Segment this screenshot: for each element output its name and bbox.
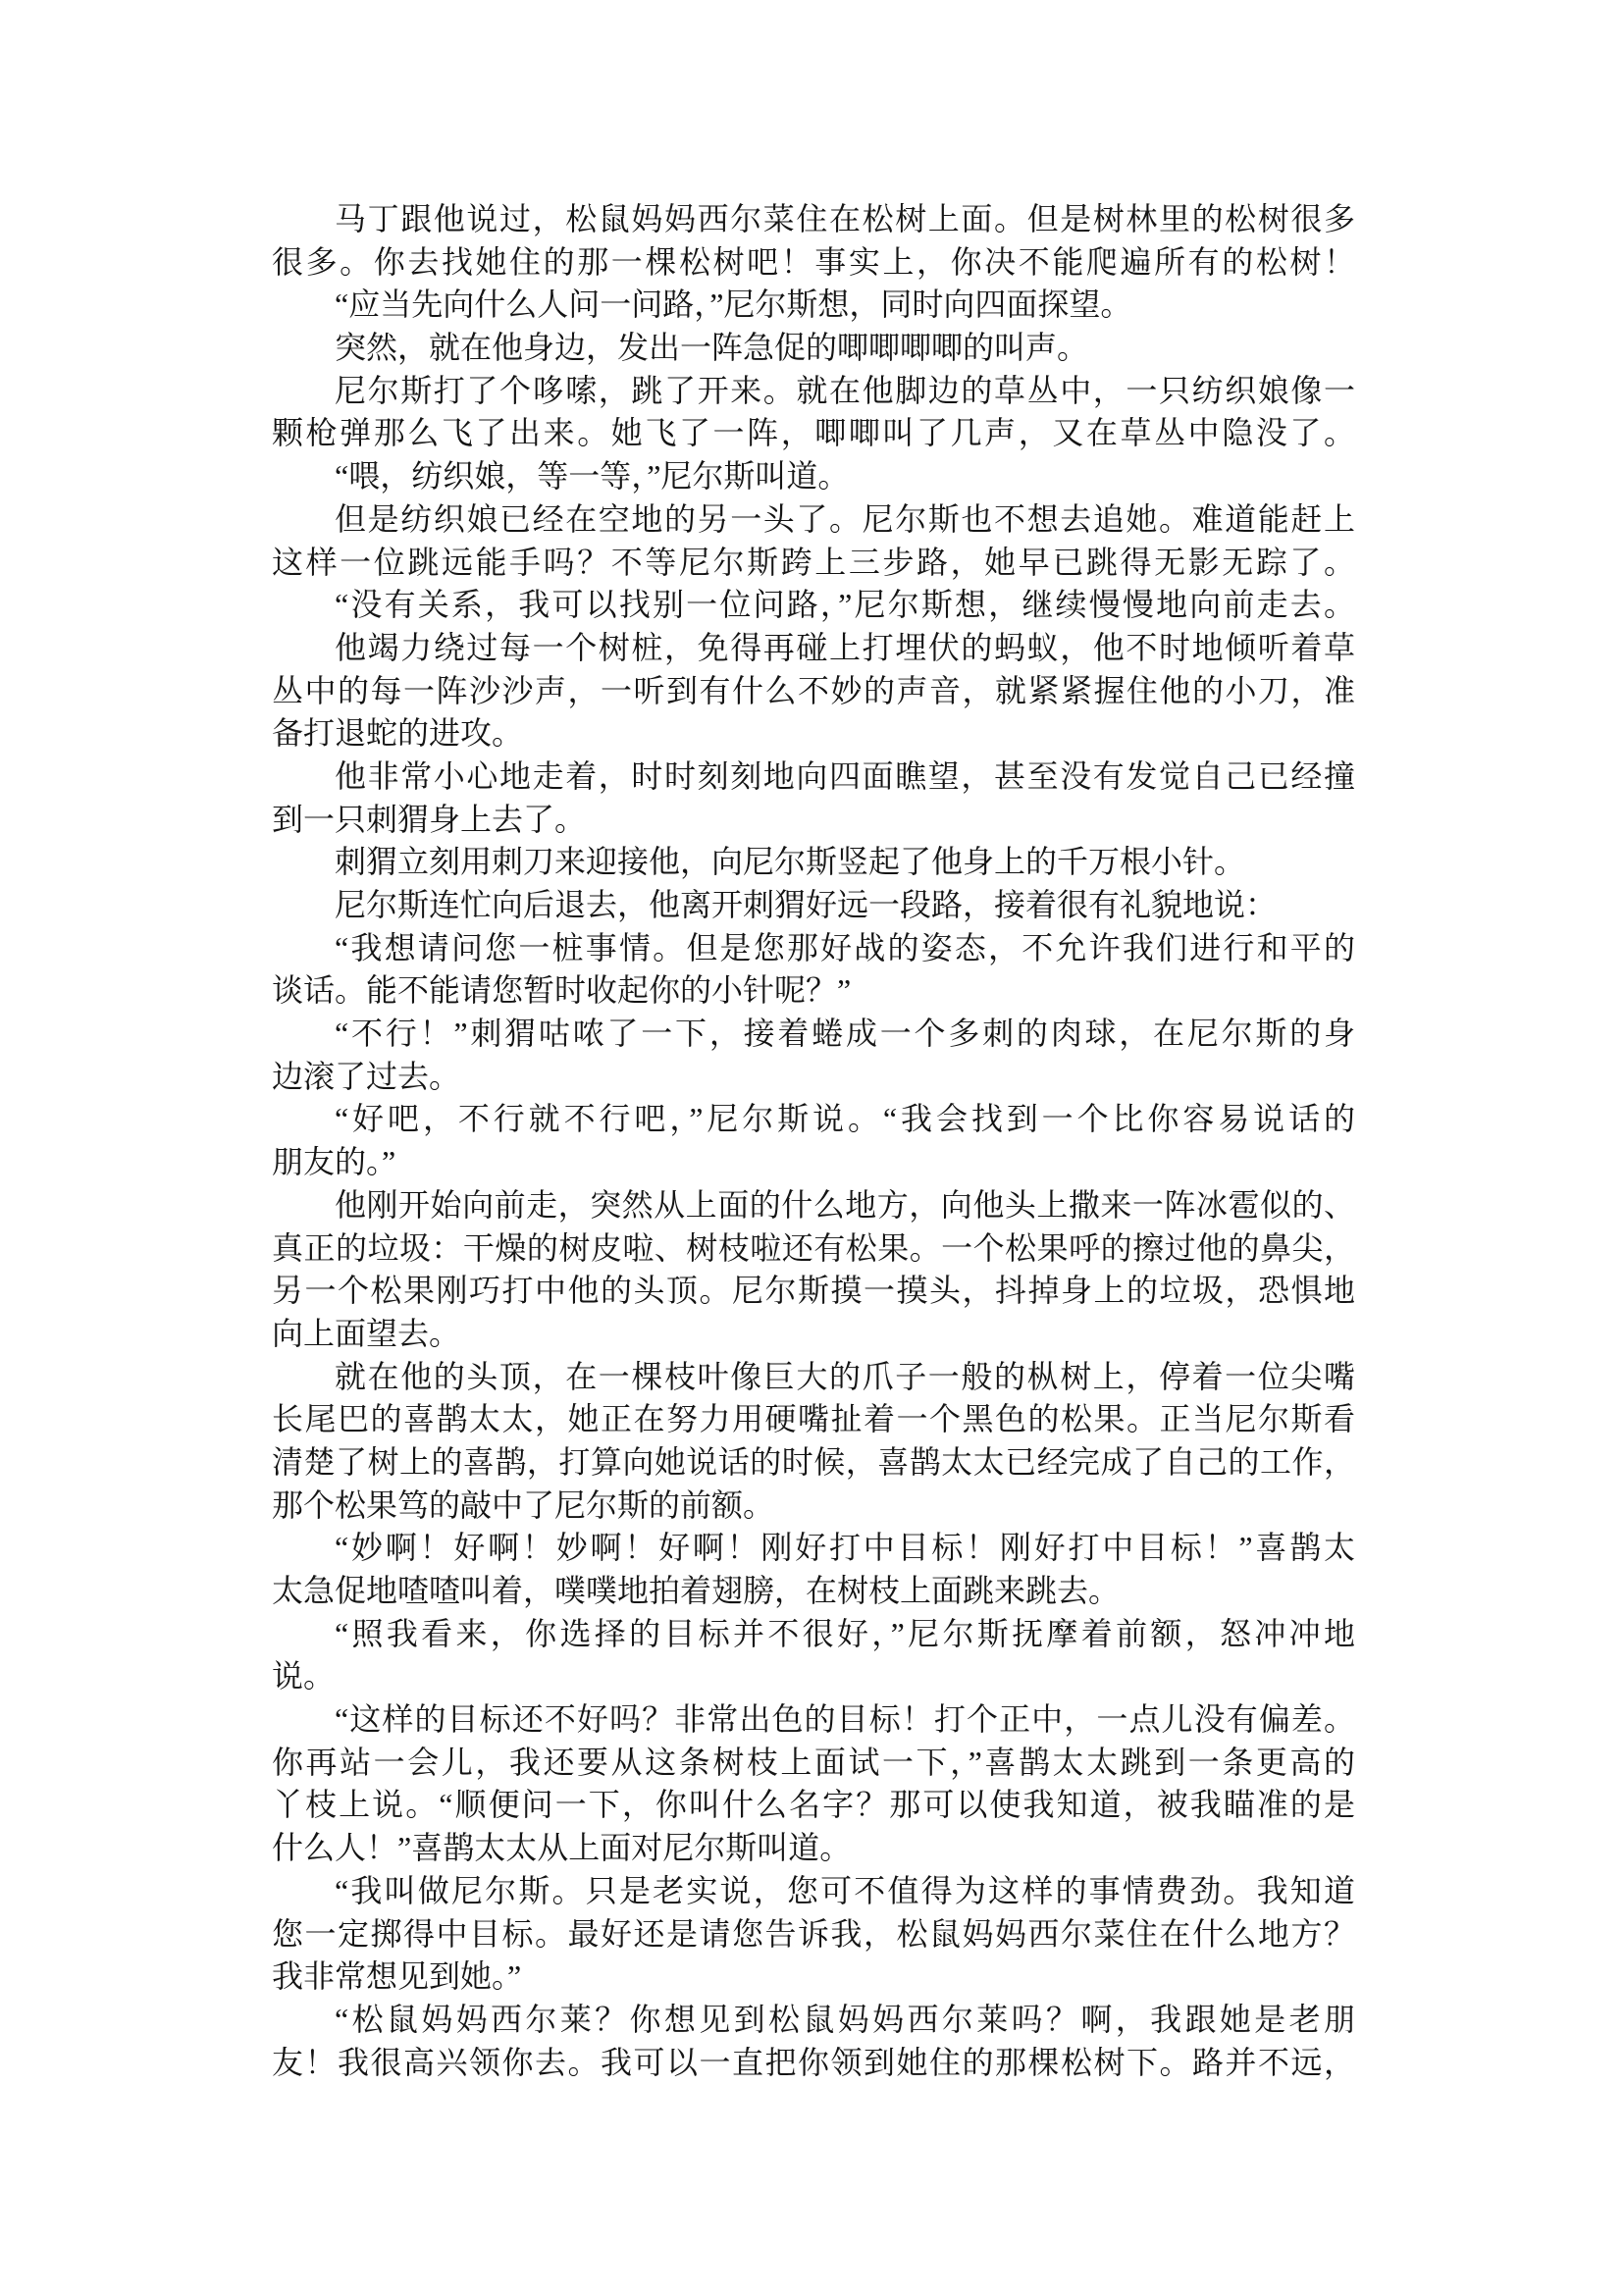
text-line: “我想请问您一桩事情。但是您那好战的姿态，不允许我们进行和平的 [272, 927, 1355, 970]
text-line: 朋友的。” [272, 1141, 1355, 1184]
text-line: 颗枪弹那么飞了出来。她飞了一阵，唧唧叫了几声，又在草丛中隐没了。 [272, 412, 1355, 455]
text-line: 但是纺织娘已经在空地的另一头了。尼尔斯也不想去追她。难道能赶上 [272, 498, 1355, 542]
text-line: 他竭力绕过每一个树桩，免得再碰上打埋伏的蚂蚁，他不时地倾听着草 [272, 627, 1355, 670]
text-line: 备打退蛇的进攻。 [272, 712, 1355, 756]
text-line: 太急促地喳喳叫着，噗噗地拍着翅膀，在树枝上面跳来跳去。 [272, 1570, 1355, 1613]
text-line: 丫枝上说。“顺便问一下，你叫什么名字？那可以使我知道，被我瞄准的是 [272, 1784, 1355, 1827]
text-line: 到一只刺猬身上去了。 [272, 799, 1355, 842]
text-line: 刺猬立刻用刺刀来迎接他，向尼尔斯竖起了他身上的千万根小针。 [272, 841, 1355, 884]
text-line: 您一定掷得中目标。最好还是请您告诉我，松鼠妈妈西尔菜住在什么地方？ [272, 1913, 1355, 1956]
text-line: 清楚了树上的喜鹊，打算向她说话的时候，喜鹊太太已经完成了自己的工作， [272, 1441, 1355, 1485]
book-page: 马丁跟他说过，松鼠妈妈西尔菜住在松树上面。但是树林里的松树很多很多。你去找她住的… [0, 0, 1624, 2294]
text-line: 就在他的头顶，在一棵枝叶像巨大的爪子一般的枞树上，停着一位尖嘴 [272, 1356, 1355, 1399]
text-line: 你再站一会儿，我还要从这条树枝上面试一下，”喜鹊太太跳到一条更高的 [272, 1742, 1355, 1785]
text-line: 边滚了过去。 [272, 1056, 1355, 1099]
text-line: 突然，就在他身边，发出一阵急促的唧唧唧唧的叫声。 [272, 327, 1355, 370]
text-line: “好吧，不行就不行吧，”尼尔斯说。“我会找到一个比你容易说话的 [272, 1098, 1355, 1141]
text-line: 长尾巴的喜鹊太太，她正在努力用硬嘴扯着一个黑色的松果。正当尼尔斯看 [272, 1398, 1355, 1441]
text-line: “应当先向什么人问一问路，”尼尔斯想，同时向四面探望。 [272, 284, 1355, 327]
text-line: 我非常想见到她。” [272, 1955, 1355, 1999]
text-line: 向上面望去。 [272, 1313, 1355, 1356]
text-line: 谈话。能不能请您暂时收起你的小针呢？” [272, 969, 1355, 1013]
text-line: “我叫做尼尔斯。只是老实说，您可不值得为这样的事情费劲。我知道 [272, 1870, 1355, 1913]
text-line: “照我看来，你选择的目标并不很好，”尼尔斯抚摩着前额，怒冲冲地 [272, 1613, 1355, 1656]
text-line: 说。 [272, 1655, 1355, 1698]
text-line: 丛中的每一阵沙沙声，一听到有什么不妙的声音，就紧紧握住他的小刀，准 [272, 670, 1355, 713]
text-line: 尼尔斯打了个哆嗦，跳了开来。就在他脚边的草丛中，一只纺织娘像一 [272, 370, 1355, 413]
text-line: 什么人！”喜鹊太太从上面对尼尔斯叫道。 [272, 1827, 1355, 1870]
text-line: 他刚开始向前走，突然从上面的什么地方，向他头上撒来一阵冰雹似的、 [272, 1184, 1355, 1227]
text-line: 他非常小心地走着，时时刻刻地向四面瞧望，甚至没有发觉自己已经撞 [272, 756, 1355, 799]
text-line: 友！我很高兴领你去。我可以一直把你领到她住的那棵松树下。路并不远， [272, 2042, 1355, 2085]
text-line: 很多。你去找她住的那一棵松树吧！事实上，你决不能爬遍所有的松树！ [272, 241, 1355, 285]
text-line: 真正的垃圾：干燥的树皮啦、树枝啦还有松果。一个松果呼的擦过他的鼻尖， [272, 1227, 1355, 1271]
text-line: 马丁跟他说过，松鼠妈妈西尔菜住在松树上面。但是树林里的松树很多 [272, 198, 1355, 241]
text-line: 另一个松果刚巧打中他的头顶。尼尔斯摸一摸头，抖掉身上的垃圾，恐惧地 [272, 1270, 1355, 1313]
text-line: “不行！”刺猬咕哝了一下，接着蜷成一个多刺的肉球，在尼尔斯的身 [272, 1013, 1355, 1056]
text-line: 这样一位跳远能手吗？不等尼尔斯跨上三步路，她早已跳得无影无踪了。 [272, 542, 1355, 585]
text-line: 那个松果笃的敲中了尼尔斯的前额。 [272, 1485, 1355, 1528]
text-line: “喂，纺织娘，等一等，”尼尔斯叫道。 [272, 455, 1355, 498]
text-line: “妙啊！好啊！妙啊！好啊！刚好打中目标！刚好打中目标！”喜鹊太 [272, 1527, 1355, 1570]
text-column: 马丁跟他说过，松鼠妈妈西尔菜住在松树上面。但是树林里的松树很多很多。你去找她住的… [272, 198, 1355, 2084]
text-line: “这样的目标还不好吗？非常出色的目标！打个正中，一点儿没有偏差。 [272, 1698, 1355, 1742]
text-line: 尼尔斯连忙向后退去，他离开刺猬好远一段路，接着很有礼貌地说： [272, 884, 1355, 927]
text-line: “松鼠妈妈西尔莱？你想见到松鼠妈妈西尔莱吗？啊，我跟她是老朋 [272, 1999, 1355, 2042]
text-line: “没有关系，我可以找别一位问路，”尼尔斯想，继续慢慢地向前走去。 [272, 584, 1355, 627]
